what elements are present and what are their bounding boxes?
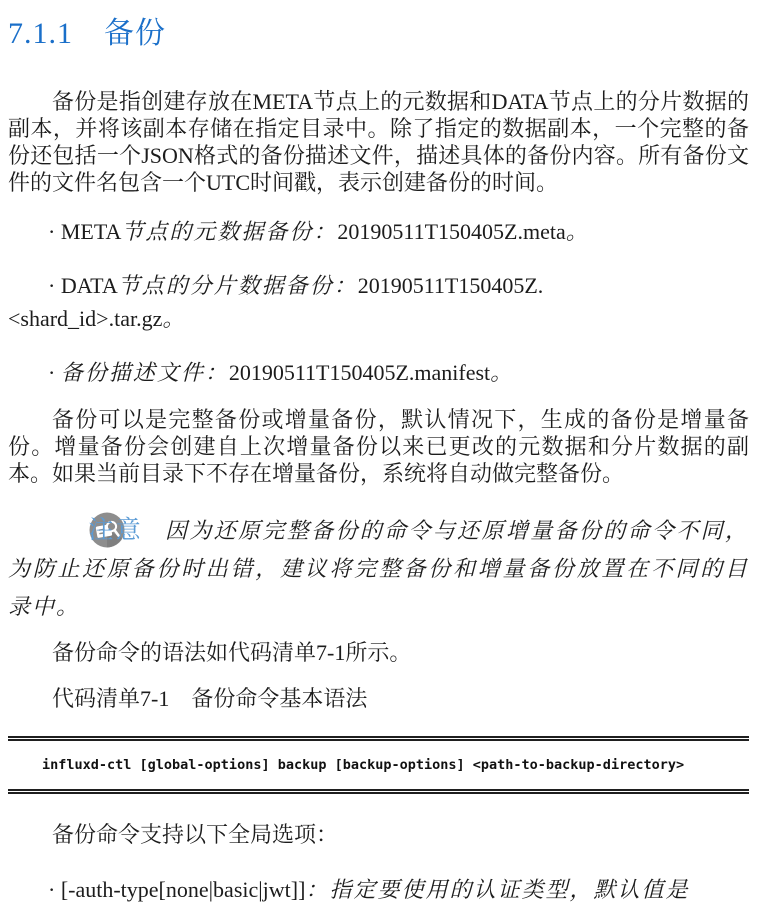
list-item-meta-backup: · META节点的元数据备份：20190511T150405Z.meta。: [8, 216, 749, 249]
paragraph-global-options: 备份命令支持以下全局选项：: [8, 822, 749, 848]
listing-caption: 代码清单7-1 备份命令基本语法: [8, 686, 749, 712]
note-callout: 注意因为还原完整备份的命令与还原增量备份的命令不同，为防止还原备份时出错，建议将…: [8, 511, 749, 626]
code-block: influxd-ctl [global-options] backup [bac…: [8, 736, 749, 794]
note-magnifier-icon: [48, 511, 86, 549]
paragraph-backup-intro: 备份是指创建存放在META节点上的元数据和DATA节点上的分片数据的副本，并将该…: [8, 88, 749, 196]
list-item-manifest-backup: · 备份描述文件：20190511T150405Z.manifest。: [8, 357, 749, 390]
list-item-auth-type-option: · [-auth-type[none|basic|jwt]]：指定要使用的认证类…: [8, 874, 749, 906]
section-heading: 7.1.1 备份: [8, 8, 749, 52]
document-page: 7.1.1 备份 备份是指创建存放在META节点上的元数据和DATA节点上的分片…: [0, 0, 759, 906]
paragraph-incremental-backup: 备份可以是完整备份或增量备份，默认情况下，生成的备份是增量备份。增量备份会创建自…: [8, 406, 749, 487]
list-item-data-backup: · DATA节点的分片数据备份：20190511T150405Z.<shard_…: [8, 270, 749, 336]
paragraph-syntax-ref: 备份命令的语法如代码清单7-1所示。: [8, 640, 749, 666]
code-line: influxd-ctl [global-options] backup [bac…: [42, 757, 684, 773]
note-label: 注意: [88, 517, 143, 544]
